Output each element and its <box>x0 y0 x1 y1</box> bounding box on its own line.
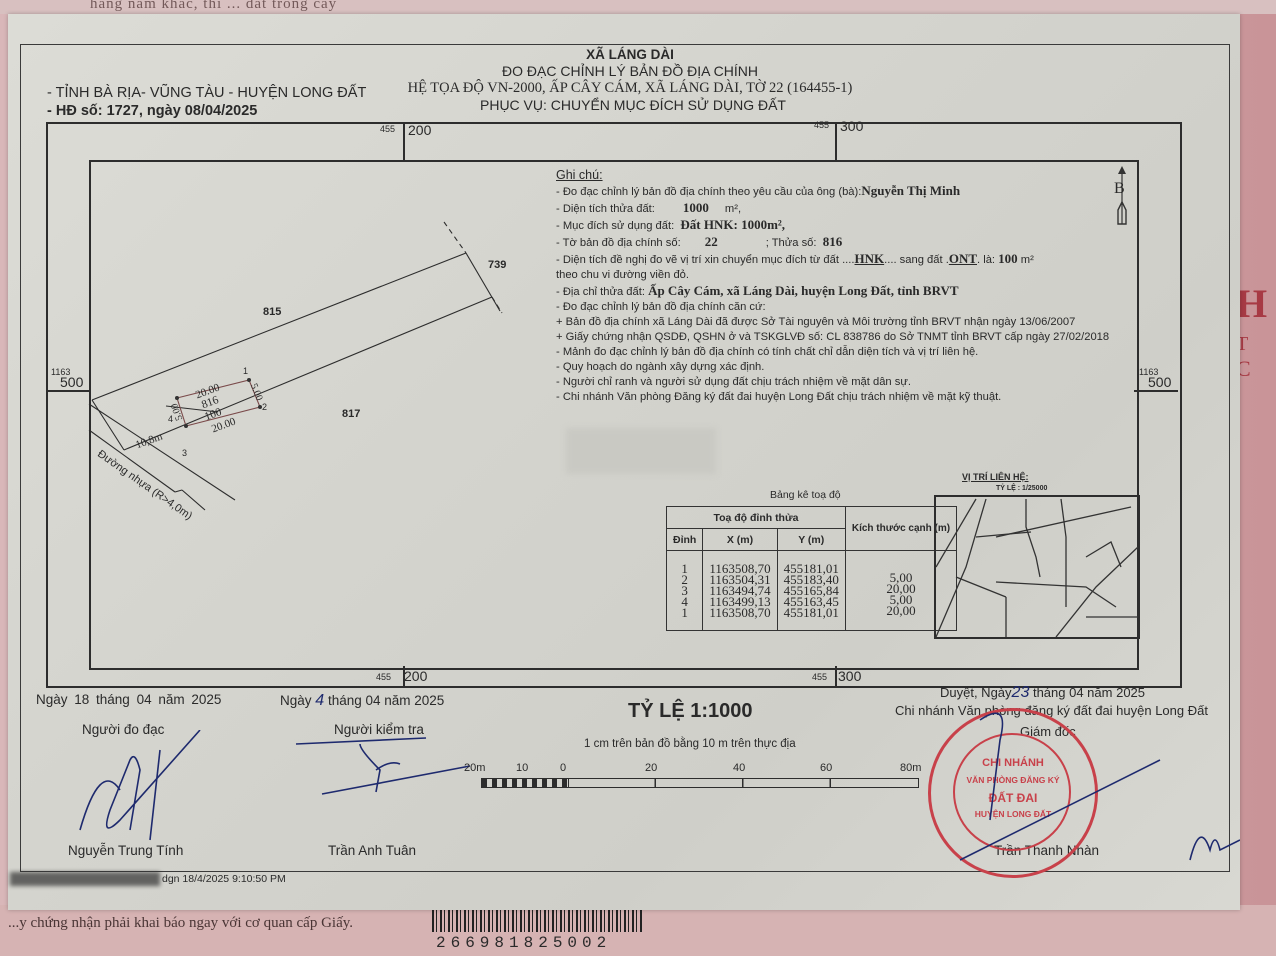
note-address: - Địa chỉ thửa đất: Ấp Cây Cám, xã Láng … <box>556 283 1109 300</box>
coord-col-x: X (m) <box>703 529 777 551</box>
note-basis-map: + Bản đồ địa chính xã Láng Dài đã được S… <box>556 315 1109 330</box>
parcel-label-815: 815 <box>263 306 281 318</box>
coord-y-cell: 455181,01455183,40455165,84455163,454551… <box>777 551 845 631</box>
signatures <box>60 730 480 850</box>
redacted-area <box>566 428 716 474</box>
note-red-outline: theo chu vi đường viền đỏ. <box>556 268 1109 283</box>
note-disclaimer-1: - Mảnh đo đạc chỉnh lý bản đồ địa chính … <box>556 345 1109 360</box>
coord-col-vertex: Đỉnh <box>667 529 703 551</box>
vertex-label-2: 2 <box>262 402 267 412</box>
note-basis: - Đo đạc chỉnh lý bản đồ địa chính căn c… <box>556 300 1109 315</box>
coord-col-y: Y (m) <box>777 529 845 551</box>
vertex-label-3: 3 <box>182 448 187 458</box>
note-conversion: - Diện tích đề nghị đo vẽ vị trí xin chu… <box>556 251 1109 268</box>
note-disclaimer-4: - Chi nhánh Văn phòng Đăng ký đất đai hu… <box>556 390 1109 405</box>
parcel-label-817: 817 <box>342 408 360 420</box>
coord-group-header: Toạ độ đỉnh thửa <box>667 507 846 529</box>
north-arrow-icon: B <box>1112 166 1132 228</box>
note-map-sheet: - Tờ bản đồ địa chính số:22; Thửa số: 81… <box>556 234 1109 251</box>
location-map-title: VỊ TRÍ LIÊN HỆ: <box>962 472 1029 482</box>
coordinate-table: Toạ độ đỉnh thửa Kích thước cạnh (m) Đỉn… <box>666 506 957 631</box>
coord-vertex-cell: 12341 <box>667 551 703 631</box>
parcel-label-739: 739 <box>488 259 506 271</box>
note-disclaimer-2: - Quy hoạch do ngành xây dựng xác định. <box>556 360 1109 375</box>
note-area: - Diện tích thửa đất:1000m², <box>556 200 1109 217</box>
vertex-label-1: 1 <box>243 366 248 376</box>
coord-table-caption: Bảng kê toạ độ <box>770 489 841 501</box>
scale-bar-positive <box>568 778 919 788</box>
director-signature <box>940 700 1240 870</box>
note-land-use: - Mục đích sử dụng đất: Đất HNK: 1000m², <box>556 217 1109 234</box>
location-map <box>934 495 1140 639</box>
coord-x-cell: 1163508,701163504,311163494,741163499,13… <box>703 551 777 631</box>
note-disclaimer-3: - Người chỉ ranh và người sử dụng đất ch… <box>556 375 1109 390</box>
notes-block: Ghi chú: - Đo đạc chỉnh lý bản đồ địa ch… <box>556 168 1109 405</box>
scale-bar-negative <box>481 778 569 788</box>
vertex-label-4: 4 <box>168 414 173 424</box>
print-timestamp: dgn 18/4/2025 9:10:50 PM <box>162 873 286 885</box>
notes-heading: Ghi chú: <box>556 168 1109 183</box>
scale-title: TỶ LỆ 1:1000 <box>628 700 753 723</box>
surveyor-date: Ngày 18 tháng 04 năm 2025 <box>36 692 221 707</box>
checker-date: Ngày 4 tháng 04 năm 2025 <box>280 692 444 710</box>
location-map-scale: TỶ LỆ : 1/25000 <box>996 485 1047 492</box>
redacted-filename <box>10 872 160 886</box>
scale-note: 1 cm trên bản đồ bằng 10 m trên thực địa <box>584 738 796 750</box>
note-basis-certificate: + Giấy chứng nhận QSDĐ, QSHN ở và TSKGLV… <box>556 330 1109 345</box>
note-requester: - Đo đạc chỉnh lý bản đồ địa chính theo … <box>556 183 1109 200</box>
